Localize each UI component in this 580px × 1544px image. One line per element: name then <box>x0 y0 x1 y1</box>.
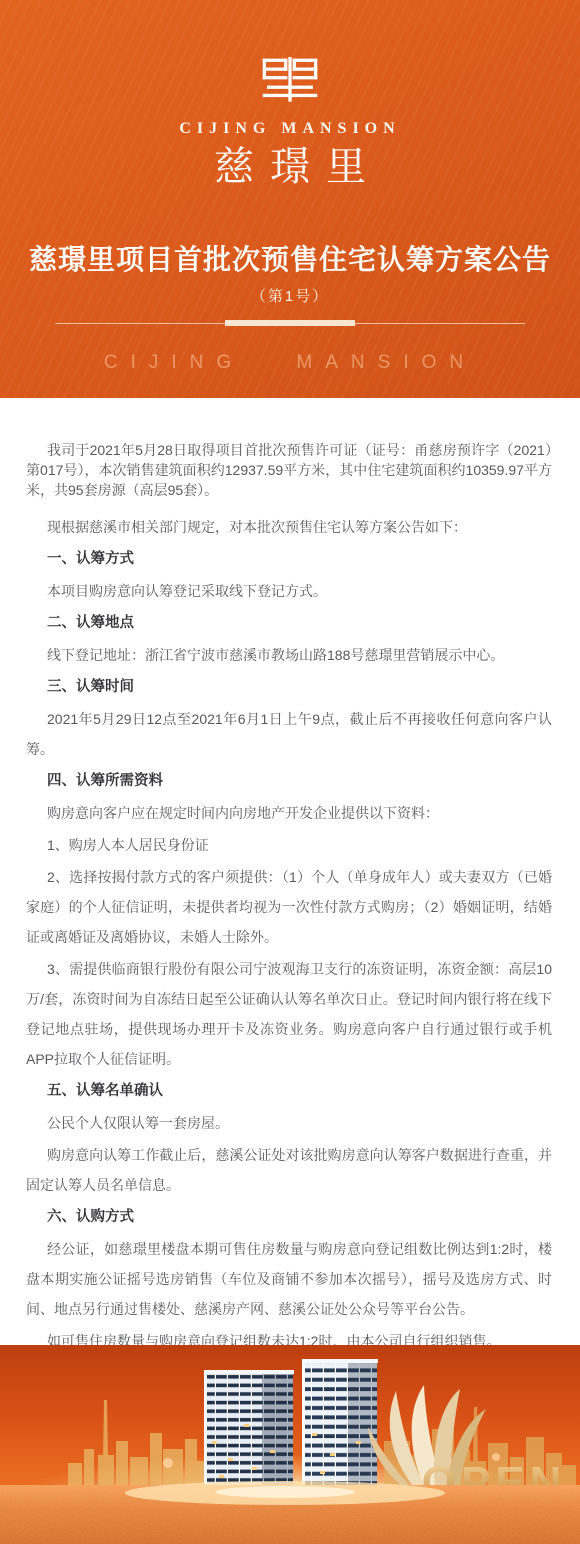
tower-building-left-graphic <box>204 1370 294 1492</box>
title-divider <box>55 320 525 326</box>
section-heading-6: 六、认购方式 <box>26 1202 552 1232</box>
intro-paragraph: 现根据慈溪市相关部门规定，对本批次预售住宅认筹方案公告如下： <box>26 512 552 542</box>
section-heading-3: 三、认筹时间 <box>26 672 552 702</box>
footer-banner: OPEN <box>0 1345 580 1544</box>
section-paragraph: 2021年5月29日12点至2021年6月1日上午9点，截止后不再接收任何意向客… <box>26 704 552 764</box>
header-banner: CIJING MANSION 慈璟里 慈璟里项目首批次预售住宅认筹方案公告 （第… <box>0 0 580 398</box>
section-paragraph: 本项目购房意向认筹登记采取线下登记方式。 <box>26 576 552 606</box>
brand-name-en: CIJING MANSION <box>0 120 580 138</box>
footer-artwork: OPEN <box>0 1345 580 1544</box>
section-paragraph: 公民个人仅限认筹一套房屋。 <box>26 1108 552 1138</box>
section-heading-5: 五、认筹名单确认 <box>26 1076 552 1106</box>
brand-logo-icon <box>261 57 319 103</box>
section-heading-1: 一、认筹方式 <box>26 544 552 574</box>
announcement-number: （第1号） <box>0 285 580 306</box>
section-paragraph: 如可售住房数量与购房意向登记组数未达1:2时，由本公司自行组织销售。 <box>26 1326 552 1345</box>
section-paragraph: 2、选择按揭付款方式的客户须提供：（1）个人（单身成年人）或夫妻双方（已婚家庭）… <box>26 862 552 952</box>
section-paragraph: 3、需提供临商银行股份有限公司宁波观海卫支行的冻资证明，冻资金额：高层10万/套… <box>26 954 552 1074</box>
section-heading-2: 二、认筹地点 <box>26 608 552 638</box>
section-paragraph: 线下登记地址：浙江省宁波市慈溪市教场山路188号慈璟里营销展示中心。 <box>26 640 552 670</box>
announcement-poster: CIJING MANSION 慈璟里 慈璟里项目首批次预售住宅认筹方案公告 （第… <box>0 0 580 1544</box>
announcement-title: 慈璟里项目首批次预售住宅认筹方案公告 <box>0 244 580 276</box>
divider-center-bar <box>225 320 355 326</box>
section-paragraph: 购房意向认筹工作截止后，慈溪公证处对该批购房意向认筹客户数据进行查重，并固定认筹… <box>26 1140 552 1200</box>
brand-watermark: CIJING MANSION <box>0 352 580 374</box>
brand-name-cn: 慈璟里 <box>0 145 580 189</box>
intro-paragraph: 我司于2021年5月28日取得项目首批次预售许可证（证号：甬慈房预许字（2021… <box>26 440 552 500</box>
section-paragraph: 1、购房人本人居民身份证 <box>26 830 552 860</box>
announcement-body: 我司于2021年5月28日取得项目首批次预售许可证（证号：甬慈房预许字（2021… <box>0 398 580 1345</box>
section-paragraph: 经公证，如慈璟里楼盘本期可售住房数量与购房意向登记组数比例达到1:2时，楼盘本期… <box>26 1234 552 1324</box>
tower-base-glow-core <box>215 1486 355 1498</box>
section-heading-4: 四、认筹所需资料 <box>26 766 552 796</box>
tower-building-right-graphic <box>302 1359 378 1494</box>
section-paragraph: 购房意向客户应在规定时间内向房地产开发企业提供以下资料： <box>26 798 552 828</box>
